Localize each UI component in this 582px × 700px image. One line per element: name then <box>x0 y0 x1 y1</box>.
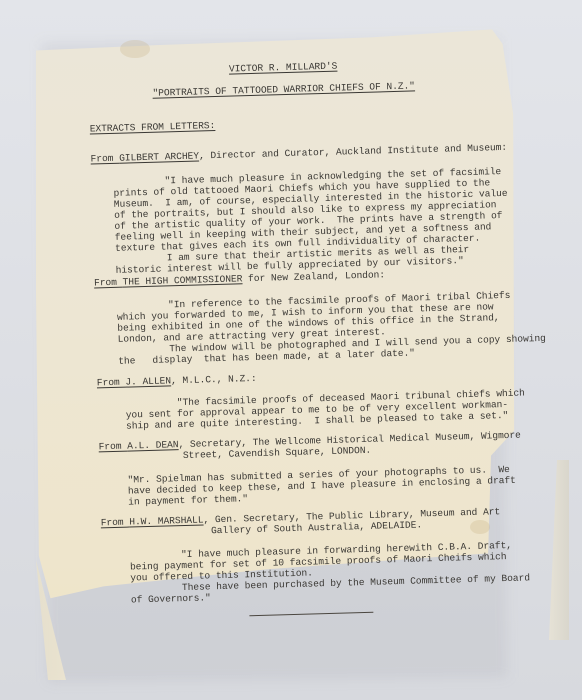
text-line: GILBERT ARCHEY <box>119 150 199 163</box>
text-line: J. ALLEN <box>125 375 171 387</box>
letter-quote-allen: "The facsimile proofs of deceased Maori … <box>125 387 525 431</box>
text-line: A.L. DEAN <box>127 439 179 451</box>
document-heading: VICTOR R. MILLARD'S <box>0 54 574 81</box>
letter-from-allen: From J. ALLEN, M.L.C., N.Z.: <box>97 373 257 388</box>
letter-from-archey: From GILBERT ARCHEY, Director and Curato… <box>90 142 507 165</box>
letter-quote-high-commissioner: "In reference to the facsimile proofs of… <box>117 289 547 367</box>
section-label: EXTRACTS FROM LETTERS: <box>90 120 216 135</box>
closing-rule <box>249 612 373 616</box>
letter-quote-marshall: "I have much pleasure in forwarding here… <box>130 539 531 605</box>
document-subtitle: "PORTRAITS OF TATTOOED WARRIOR CHIEFS OF… <box>0 76 575 103</box>
text-line: From <box>98 441 127 453</box>
text-line: From <box>101 517 130 529</box>
text-line: From <box>90 153 119 165</box>
letter-quote-dean: "Mr. Spielman has submitted a series of … <box>127 464 516 508</box>
text-line: From <box>97 377 126 389</box>
text-line: EXTRACTS FROM LETTERS: <box>90 120 216 135</box>
text-line: VICTOR R. MILLARD'S <box>229 61 338 75</box>
text-line: THE HIGH COMMISSIONER <box>122 273 242 287</box>
letter-quote-archey: "I have much pleasure in acknowledging t… <box>113 166 509 276</box>
text-line: , M.L.C., N.Z.: <box>171 373 257 386</box>
text-line: From <box>94 277 123 289</box>
typed-document: VICTOR R. MILLARD'S "PORTRAITS OF TATTOO… <box>0 0 582 700</box>
text-line: H.W. MARSHALL <box>129 514 203 527</box>
text-line: , Director and Curator, Auckland Institu… <box>199 142 507 162</box>
text-line: "PORTRAITS OF TATTOOED WARRIOR CHIEFS OF… <box>152 80 415 98</box>
